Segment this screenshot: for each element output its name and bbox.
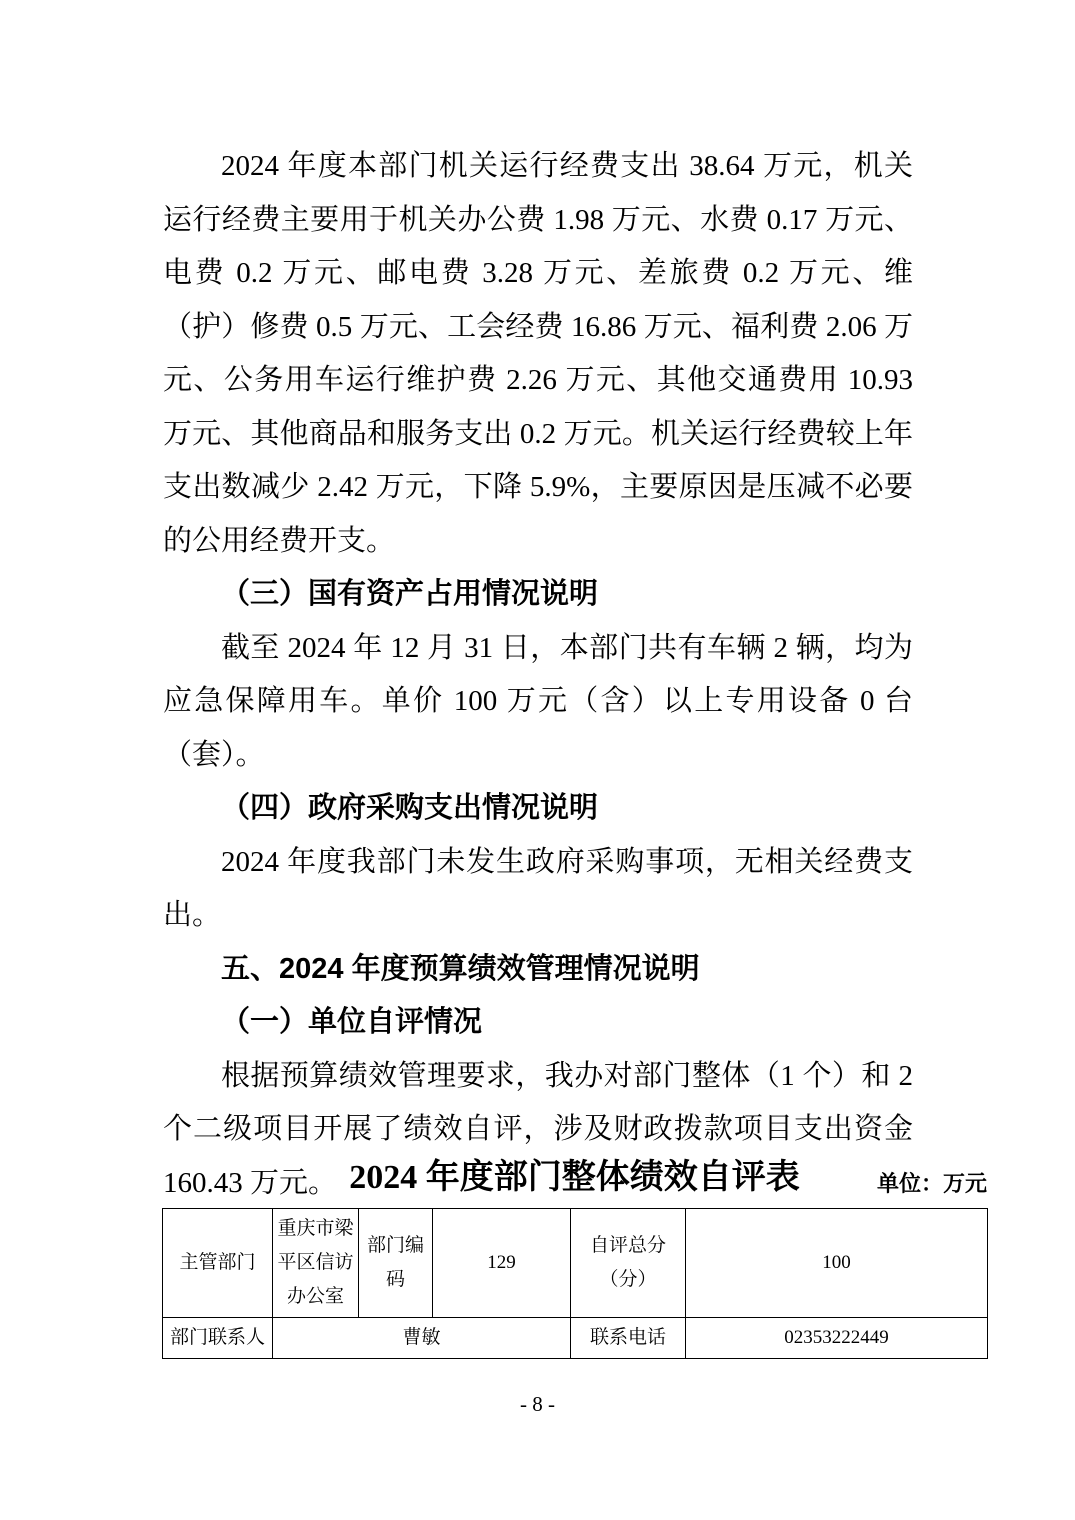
- table-row: 部门联系人 曹敏 联系电话 02353222449: [163, 1318, 988, 1359]
- document-body: 2024 年度本部门机关运行经费支出 38.64 万元，机关运行经费主要用于机关…: [163, 140, 913, 1210]
- heading-section4-procurement: （四）政府采购支出情况说明: [163, 782, 913, 836]
- table-unit-label: 单位：万元: [877, 1167, 987, 1198]
- heading-section3-state-assets: （三）国有资产占用情况说明: [163, 568, 913, 622]
- table-title-row: 2024 年度部门整体绩效自评表 单位：万元: [162, 1150, 987, 1206]
- cell-score-label: 自评总分（分）: [571, 1209, 686, 1318]
- paragraph-state-assets: 截至 2024 年 12 月 31 日，本部门共有车辆 2 辆，均为应急保障用车…: [163, 622, 913, 783]
- heading-section5-performance: 五、2024 年度预算绩效管理情况说明: [163, 943, 913, 997]
- self-evaluation-table-block: 2024 年度部门整体绩效自评表 单位：万元 主管部门 重庆市梁平区信访办公室 …: [162, 1150, 987, 1359]
- cell-supervisor-label: 主管部门: [163, 1209, 273, 1318]
- self-evaluation-table: 主管部门 重庆市梁平区信访办公室 部门编码 129 自评总分（分） 100 部门…: [162, 1208, 988, 1359]
- cell-supervisor-value: 重庆市梁平区信访办公室: [273, 1209, 359, 1318]
- paragraph-procurement: 2024 年度我部门未发生政府采购事项，无相关经费支出。: [163, 836, 913, 943]
- table-title: 2024 年度部门整体绩效自评表: [162, 1150, 987, 1206]
- table-row: 主管部门 重庆市梁平区信访办公室 部门编码 129 自评总分（分） 100: [163, 1209, 988, 1318]
- cell-contact-value: 曹敏: [273, 1318, 571, 1359]
- cell-department-code-label: 部门编码: [359, 1209, 433, 1318]
- document-page: 2024 年度本部门机关运行经费支出 38.64 万元，机关运行经费主要用于机关…: [0, 0, 1075, 1520]
- cell-phone-value: 02353222449: [686, 1318, 988, 1359]
- cell-department-code-value: 129: [433, 1209, 571, 1318]
- heading-sub1-self-evaluation: （一）单位自评情况: [163, 996, 913, 1050]
- cell-phone-label: 联系电话: [571, 1318, 686, 1359]
- page-number: - 8 -: [0, 1392, 1075, 1417]
- cell-contact-label: 部门联系人: [163, 1318, 273, 1359]
- cell-score-value: 100: [686, 1209, 988, 1318]
- paragraph-operating-expenses: 2024 年度本部门机关运行经费支出 38.64 万元，机关运行经费主要用于机关…: [163, 140, 913, 568]
